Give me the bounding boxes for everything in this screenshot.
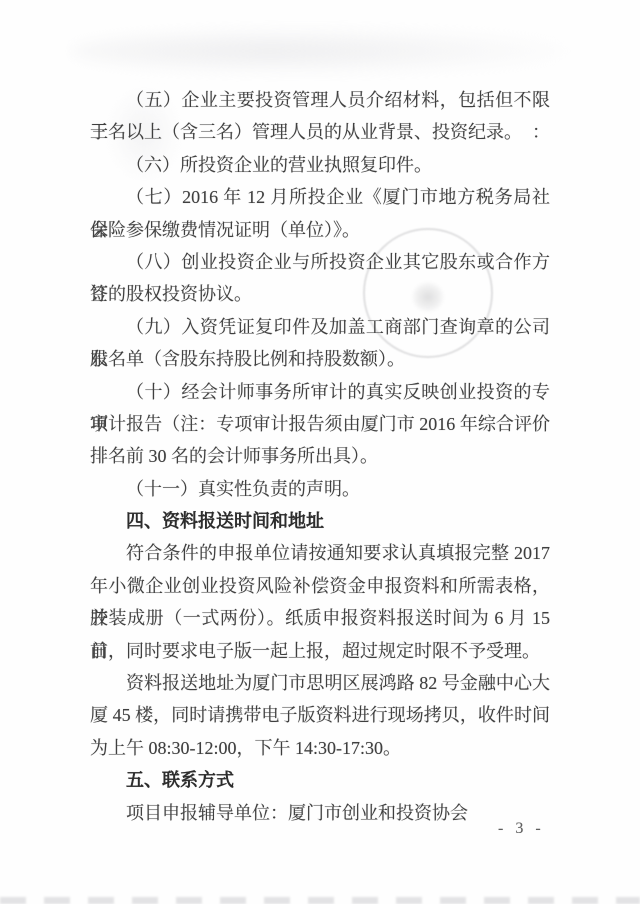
page-number: - 3 - <box>498 820 545 838</box>
text-line: （十）经会计师事务所审计的真实反映创业投资的专项 <box>90 376 550 408</box>
text-line: 排名前 30 名的会计师事务所出具）。 <box>90 440 550 472</box>
text-line: 资料报送地址为厦门市思明区展鸿路 82 号金融中心大 <box>90 667 550 699</box>
text-line: 前，同时要求电子版一起上报，超过规定时限不予受理。 <box>90 635 550 667</box>
text-line: （六）所投资企业的营业执照复印件。 <box>90 149 550 181</box>
scan-artifact-bottom-edge <box>0 897 640 904</box>
text-line: 东名单（含股东持股比例和持股数额）。 <box>90 343 550 375</box>
document-page: （五）企业主要投资管理人员介绍材料，包括但不限于：三名以上（含三名）管理人员的从… <box>0 0 640 904</box>
text-line: 厦 45 楼，同时请携带电子版资料进行现场拷贝，收件时间 <box>90 699 550 731</box>
text-block: （五）企业主要投资管理人员介绍材料，包括但不限于：三名以上（含三名）管理人员的从… <box>90 84 550 829</box>
text-line: （十一）真实性负责的声明。 <box>90 473 550 505</box>
section-heading: 四、资料报送时间和地址 <box>90 505 550 537</box>
text-line: 三名以上（含三名）管理人员的从业背景、投资纪录。 <box>90 116 550 148</box>
scan-smudge-top <box>70 28 570 74</box>
text-line: 为上午 08:30-12:00，下午 14:30-17:30。 <box>90 732 550 764</box>
text-line: （八）创业投资企业与所投资企业其它股东或合作方签 <box>90 246 550 278</box>
text-line: 年小微企业创业投资风险补偿资金申报资料和所需表格，并 <box>90 570 550 602</box>
text-line: 审计报告（注：专项审计报告须由厦门市 2016 年综合评价 <box>90 408 550 440</box>
text-line: 保险参保缴费情况证明（单位）》。 <box>90 214 550 246</box>
text-line: （七）2016 年 12 月所投企业《厦门市地方税务局社会 <box>90 181 550 213</box>
text-line: 项目申报辅导单位：厦门市创业和投资协会 <box>90 797 550 829</box>
section-heading: 五、联系方式 <box>90 764 550 796</box>
text-line: （九）入资凭证复印件及加盖工商部门查询章的公司股 <box>90 311 550 343</box>
text-line: （五）企业主要投资管理人员介绍材料，包括但不限于： <box>90 84 550 116</box>
text-line: 符合条件的申报单位请按通知要求认真填报完整 2017 <box>90 537 550 569</box>
text-line: 订的股权投资协议。 <box>90 278 550 310</box>
text-line: 胶装成册（一式两份）。纸质申报资料报送时间为 6 月 15 日 <box>90 602 550 634</box>
